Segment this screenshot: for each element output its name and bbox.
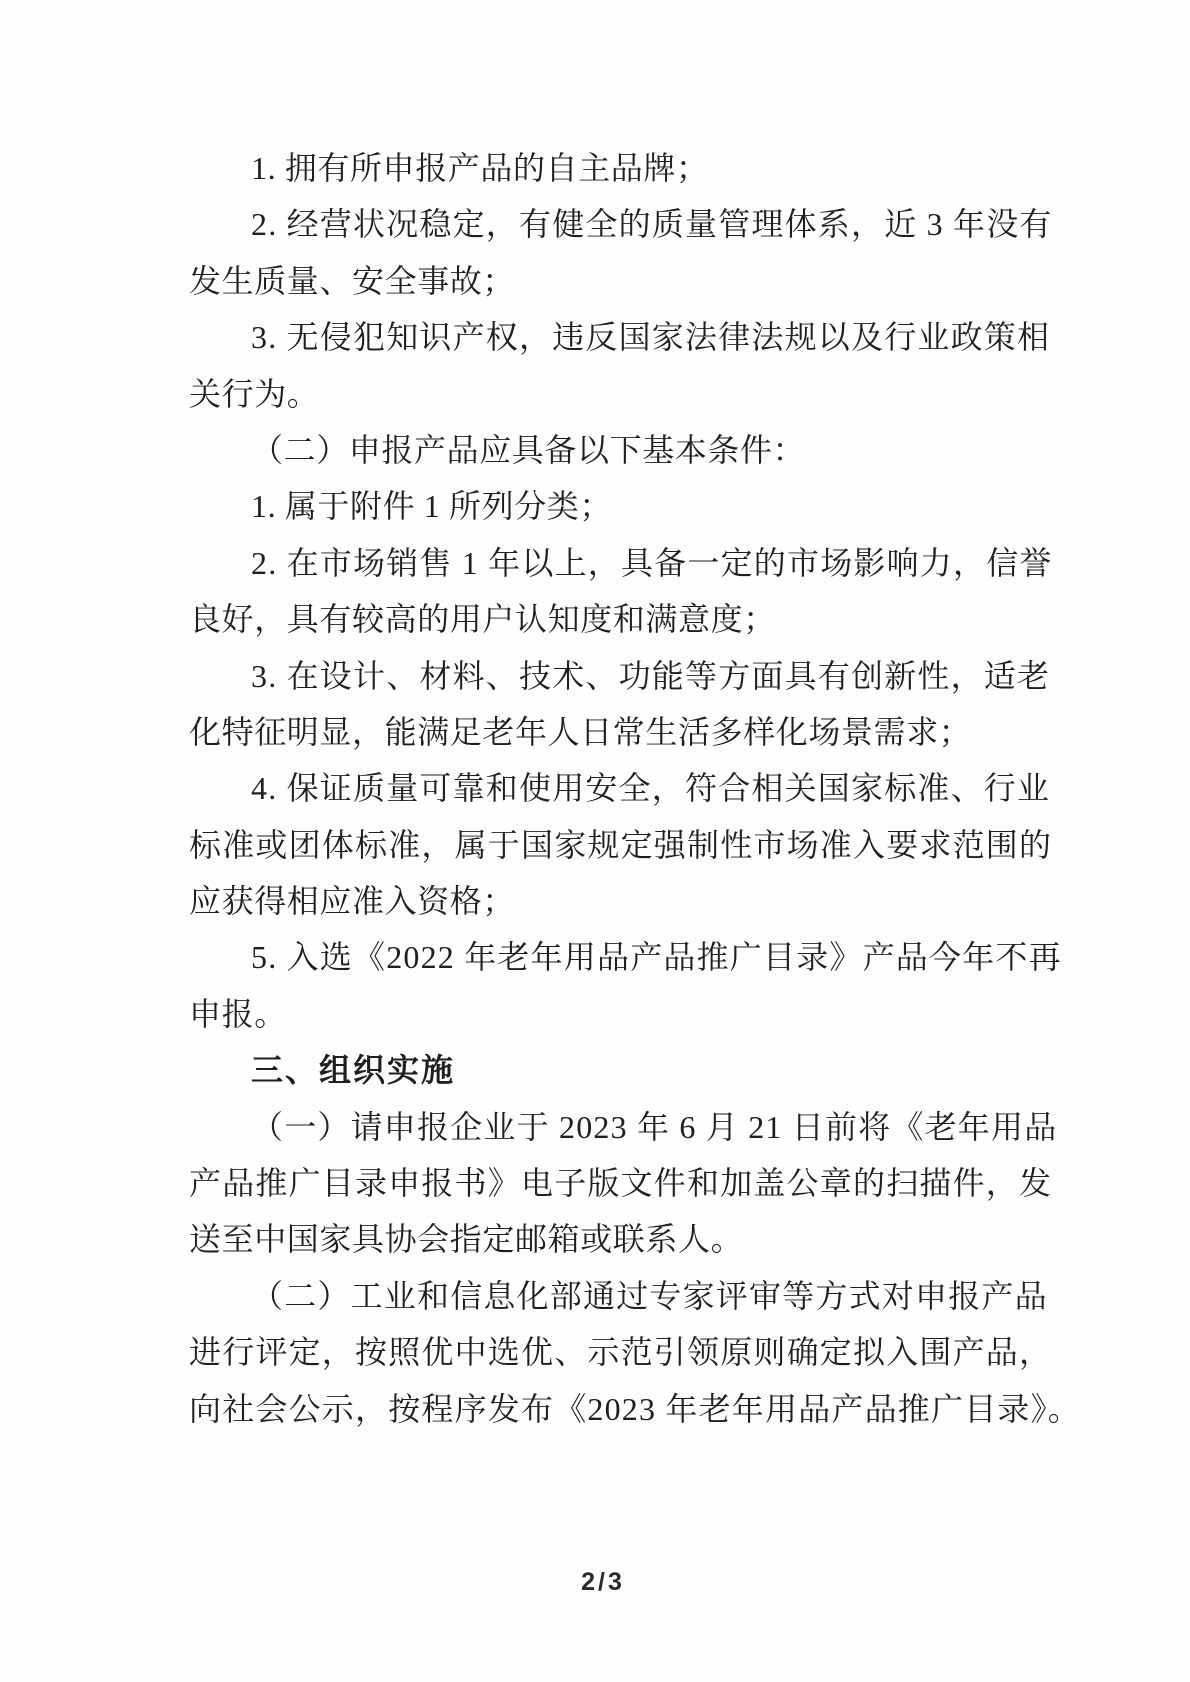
- document-line: 4. 保证质量可靠和使用安全，符合相关国家标准、行业: [189, 760, 1029, 816]
- document-line: 3. 在设计、材料、技术、功能等方面具有创新性，适老: [189, 648, 1029, 704]
- document-line: 1. 属于附件 1 所列分类；: [189, 478, 1029, 534]
- document-line: 关行为。: [189, 366, 1029, 422]
- document-line: 发生质量、安全事故；: [189, 253, 1029, 309]
- document-body: 1. 拥有所申报产品的自主品牌；2. 经营状况稳定，有健全的质量管理体系，近 3…: [189, 140, 1029, 1437]
- page-number: 2/3: [581, 1568, 625, 1597]
- document-line: 应获得相应准入资格；: [189, 873, 1029, 929]
- document-line: 化特征明显，能满足老年人日常生活多样化场景需求；: [189, 704, 1029, 760]
- document-page: 1. 拥有所申报产品的自主品牌；2. 经营状况稳定，有健全的质量管理体系，近 3…: [0, 0, 1190, 1682]
- document-line: （二）申报产品应具备以下基本条件：: [189, 422, 1029, 478]
- document-line: 送至中国家具协会指定邮箱或联系人。: [189, 1211, 1029, 1267]
- document-line: 产品推广目录申报书》电子版文件和加盖公章的扫描件，发: [189, 1155, 1029, 1211]
- section-heading: 三、组织实施: [189, 1042, 1029, 1098]
- document-line: 2. 经营状况稳定，有健全的质量管理体系，近 3 年没有: [189, 196, 1029, 252]
- document-line: （二）工业和信息化部通过专家评审等方式对申报产品: [189, 1268, 1029, 1324]
- document-line: 5. 入选《2022 年老年用品产品推广目录》产品今年不再: [189, 929, 1029, 985]
- document-line: 良好，具有较高的用户认知度和满意度；: [189, 591, 1029, 647]
- document-line: 标准或团体标准，属于国家规定强制性市场准入要求范围的: [189, 817, 1029, 873]
- document-line: 3. 无侵犯知识产权，违反国家法律法规以及行业政策相: [189, 309, 1029, 365]
- document-line: 申报。: [189, 986, 1029, 1042]
- document-line: 2. 在市场销售 1 年以上，具备一定的市场影响力，信誉: [189, 535, 1029, 591]
- document-line: 进行评定，按照优中选优、示范引领原则确定拟入围产品，: [189, 1324, 1029, 1380]
- document-line: （一）请申报企业于 2023 年 6 月 21 日前将《老年用品: [189, 1099, 1029, 1155]
- document-line: 向社会公示，按程序发布《2023 年老年用品产品推广目录》。: [189, 1381, 1029, 1437]
- document-line: 1. 拥有所申报产品的自主品牌；: [189, 140, 1029, 196]
